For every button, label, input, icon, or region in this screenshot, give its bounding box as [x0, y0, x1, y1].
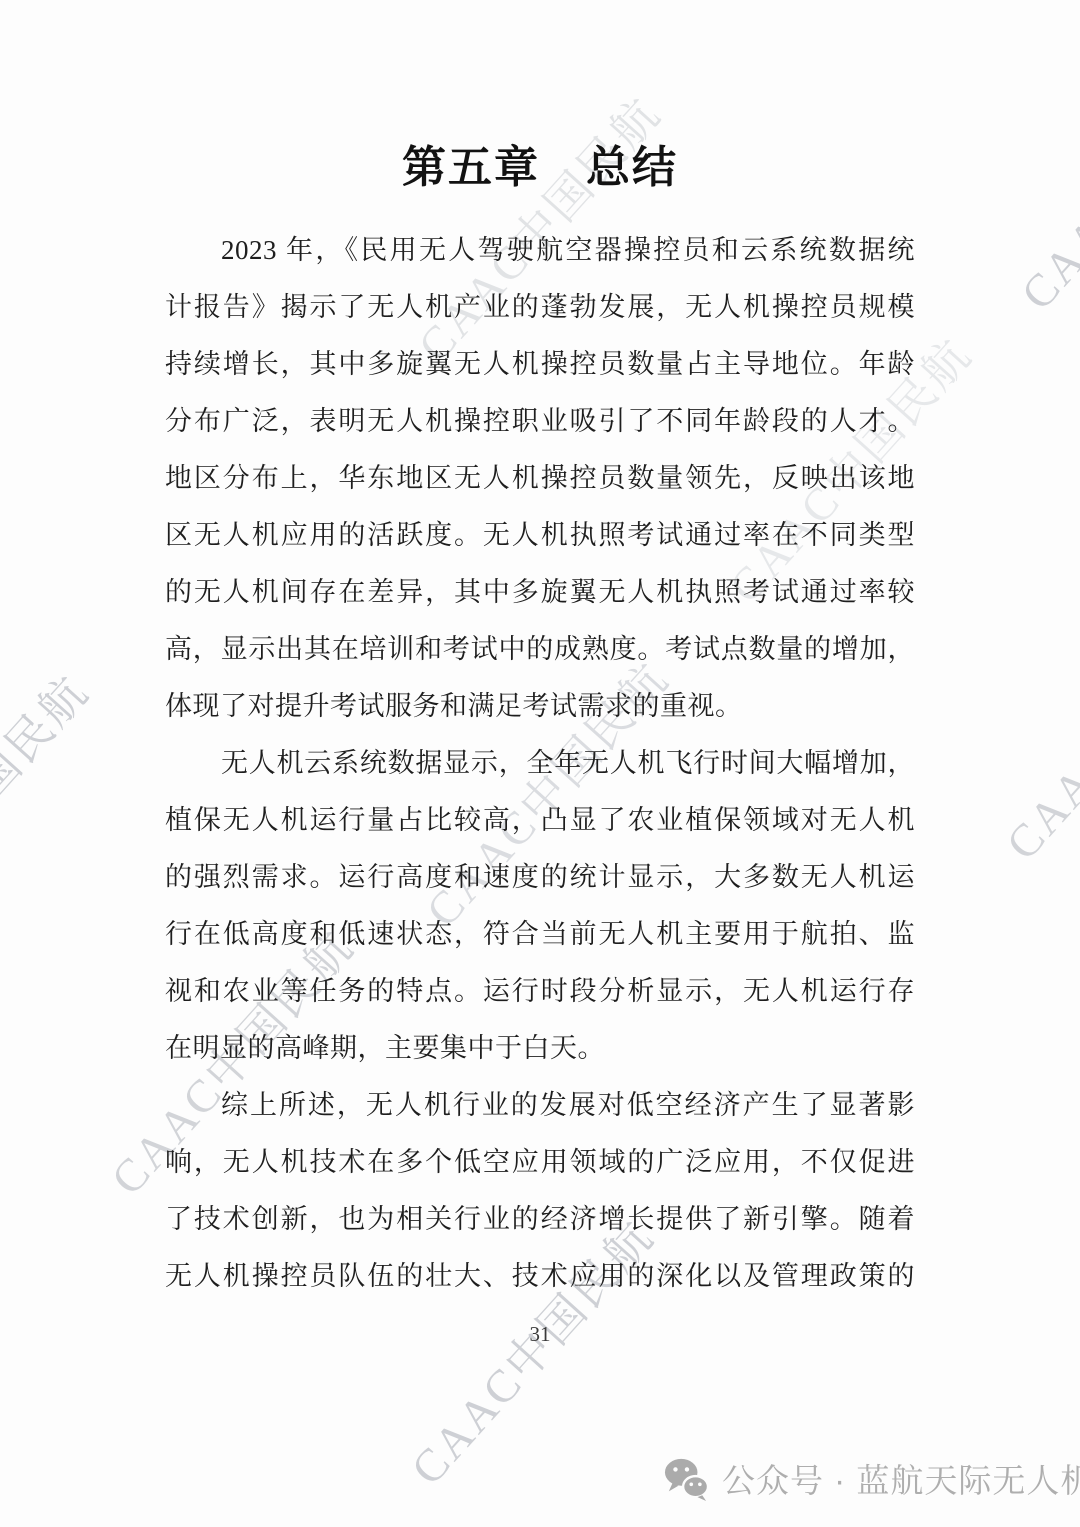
text-line: 视和农业等任务的特点。运行时段分析显示，无人机运行存	[165, 963, 915, 1020]
text-line: 分布广泛，表明无人机操控职业吸引了不同年龄段的人才。	[165, 393, 915, 450]
wechat-icon	[662, 1457, 710, 1501]
caac-watermark: CAAC中国民航	[0, 658, 102, 952]
text-line: 计报告》揭示了无人机产业的蓬勃发展，无人机操控员规模	[165, 279, 915, 336]
caac-watermark: CAAC中国民航	[988, 578, 1080, 872]
text-line: 在明显的高峰期，主要集中于白天。	[165, 1020, 915, 1077]
text-line: 无人机操控员队伍的壮大、技术应用的深化以及管理政策的	[165, 1248, 915, 1305]
text-line: 无人机云系统数据显示，全年无人机飞行时间大幅增加，	[165, 735, 915, 792]
footer-label: 公众号 · 蓝航天际无人机	[722, 1455, 1080, 1502]
text-line: 行在低高度和低速状态，符合当前无人机主要用于航拍、监	[165, 906, 915, 963]
text-line: 响，无人机技术在多个低空应用领域的广泛应用，不仅促进	[165, 1134, 915, 1191]
document-page: CAAC中国民航CAAC中国民航CAAC中国民航CAAC中国民航CAAC中国民航…	[0, 0, 1080, 1527]
wechat-footer: 公众号 · 蓝航天际无人机	[662, 1455, 1080, 1502]
page-number: 31	[0, 1322, 1080, 1347]
page-title: 第五章 总结	[0, 131, 1080, 195]
text-line: 的强烈需求。运行高度和速度的统计显示，大多数无人机运	[165, 849, 915, 906]
text-line: 区无人机应用的活跃度。无人机执照考试通过率在不同类型	[165, 507, 915, 564]
text-line: 植保无人机运行量占比较高，凸显了农业植保领域对无人机	[165, 792, 915, 849]
text-line: 高，显示出其在培训和考试中的成熟度。考试点数量的增加，	[165, 621, 915, 678]
text-line: 2023 年，《民用无人驾驶航空器操控员和云系统数据统	[165, 222, 915, 279]
text-line: 了技术创新，也为相关行业的经济增长提供了新引擎。随着	[165, 1191, 915, 1248]
text-line: 持续增长，其中多旋翼无人机操控员数量占主导地位。年龄	[165, 336, 915, 393]
document-body: 2023 年，《民用无人驾驶航空器操控员和云系统数据统计报告》揭示了无人机产业的…	[165, 222, 915, 1305]
text-line: 的无人机间存在差异，其中多旋翼无人机执照考试通过率较	[165, 564, 915, 621]
text-line: 体现了对提升考试服务和满足考试需求的重视。	[165, 678, 915, 735]
text-line: 综上所述，无人机行业的发展对低空经济产生了显著影	[165, 1077, 915, 1134]
text-line: 地区分布上，华东地区无人机操控员数量领先，反映出该地	[165, 450, 915, 507]
